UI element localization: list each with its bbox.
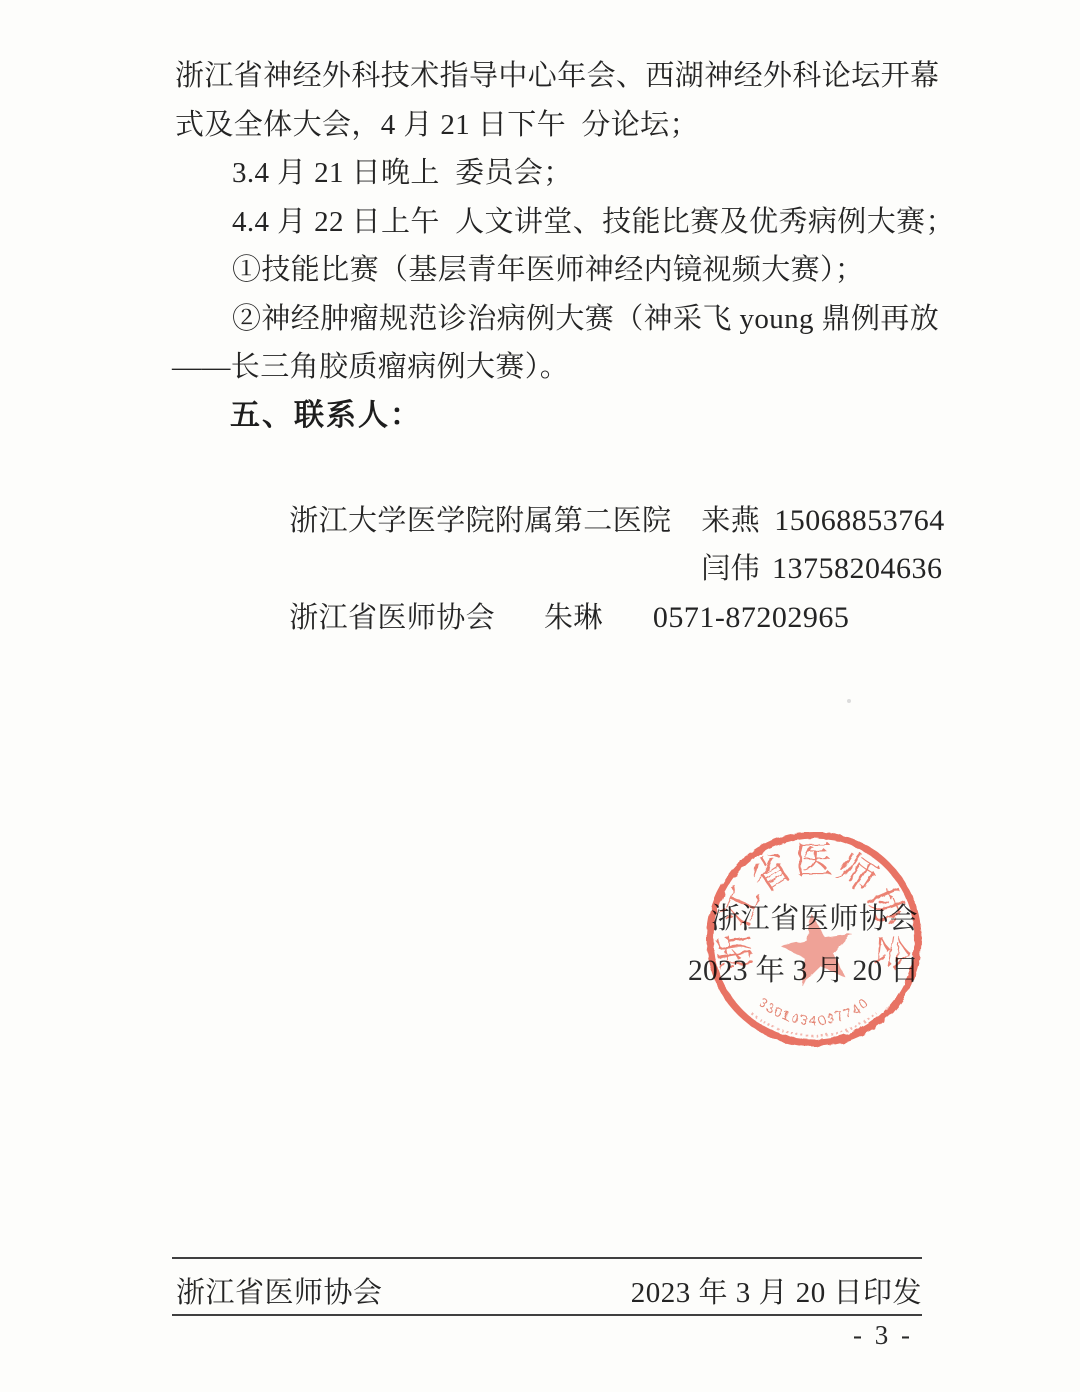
contact-phone: 13758204636 bbox=[772, 552, 943, 585]
footer-row: 浙江省医师协会 2023 年 3 月 20 日印发 bbox=[172, 1268, 922, 1312]
contact-list: 浙江大学医学院附属第二医院来燕15068853764 闫伟13758204636… bbox=[0, 448, 1080, 594]
contact-org: 浙江大学医学院附属第二医院 bbox=[289, 505, 671, 537]
body-line: ②神经肿瘤规范诊治病例大赛（神采飞 young 鼎例再放 bbox=[232, 295, 1080, 344]
official-seal: 浙江省医师协会 3301034037740 bbox=[705, 832, 923, 1050]
body-line: ——长三角胶质瘤病例大赛）。 bbox=[172, 343, 1080, 392]
seal-star-icon bbox=[780, 914, 851, 986]
contact-row: 浙江大学医学院附属第二医院来燕15068853764 bbox=[228, 448, 1080, 497]
contact-name: 朱琳 bbox=[544, 602, 603, 634]
contact-phone: 0571-87202965 bbox=[653, 601, 850, 634]
body-line: 式及全体大会，4 月 21 日下午 分论坛； bbox=[175, 101, 1080, 150]
footer-rule-top bbox=[172, 1257, 922, 1259]
footer-rule-bottom bbox=[172, 1314, 922, 1316]
body-line: ①技能比赛（基层青年医师神经内镜视频大赛）； bbox=[232, 246, 1080, 295]
document-page: 浙江省神经外科技术指导中心年会、西湖神经外科论坛开幕 式及全体大会，4 月 21… bbox=[0, 0, 1080, 1392]
body-line: 浙江省神经外科技术指导中心年会、西湖神经外科论坛开幕 bbox=[175, 52, 1080, 101]
contact-phone: 15068853764 bbox=[774, 504, 945, 537]
page-number: - 3 - bbox=[838, 1320, 928, 1351]
section-heading-contacts: 五、联系人： bbox=[230, 392, 1080, 441]
body-line: 4.4 月 22 日上午 人文讲堂、技能比赛及优秀病例大赛； bbox=[232, 198, 1080, 247]
seal-serial: 3301034037740 bbox=[756, 995, 872, 1028]
contact-name: 来燕 bbox=[701, 505, 760, 537]
contact-org: 浙江省医师协会 bbox=[289, 602, 495, 634]
scan-speck bbox=[847, 699, 851, 703]
footer-issuer: 浙江省医师协会 bbox=[172, 1270, 383, 1311]
document-body: 浙江省神经外科技术指导中心年会、西湖神经外科论坛开幕 式及全体大会，4 月 21… bbox=[0, 52, 1080, 594]
contact-name: 闫伟 bbox=[701, 553, 760, 585]
footer-issue-date: 2023 年 3 月 20 日印发 bbox=[631, 1270, 922, 1311]
body-line: 3.4 月 21 日晚上 委员会； bbox=[232, 149, 1080, 198]
